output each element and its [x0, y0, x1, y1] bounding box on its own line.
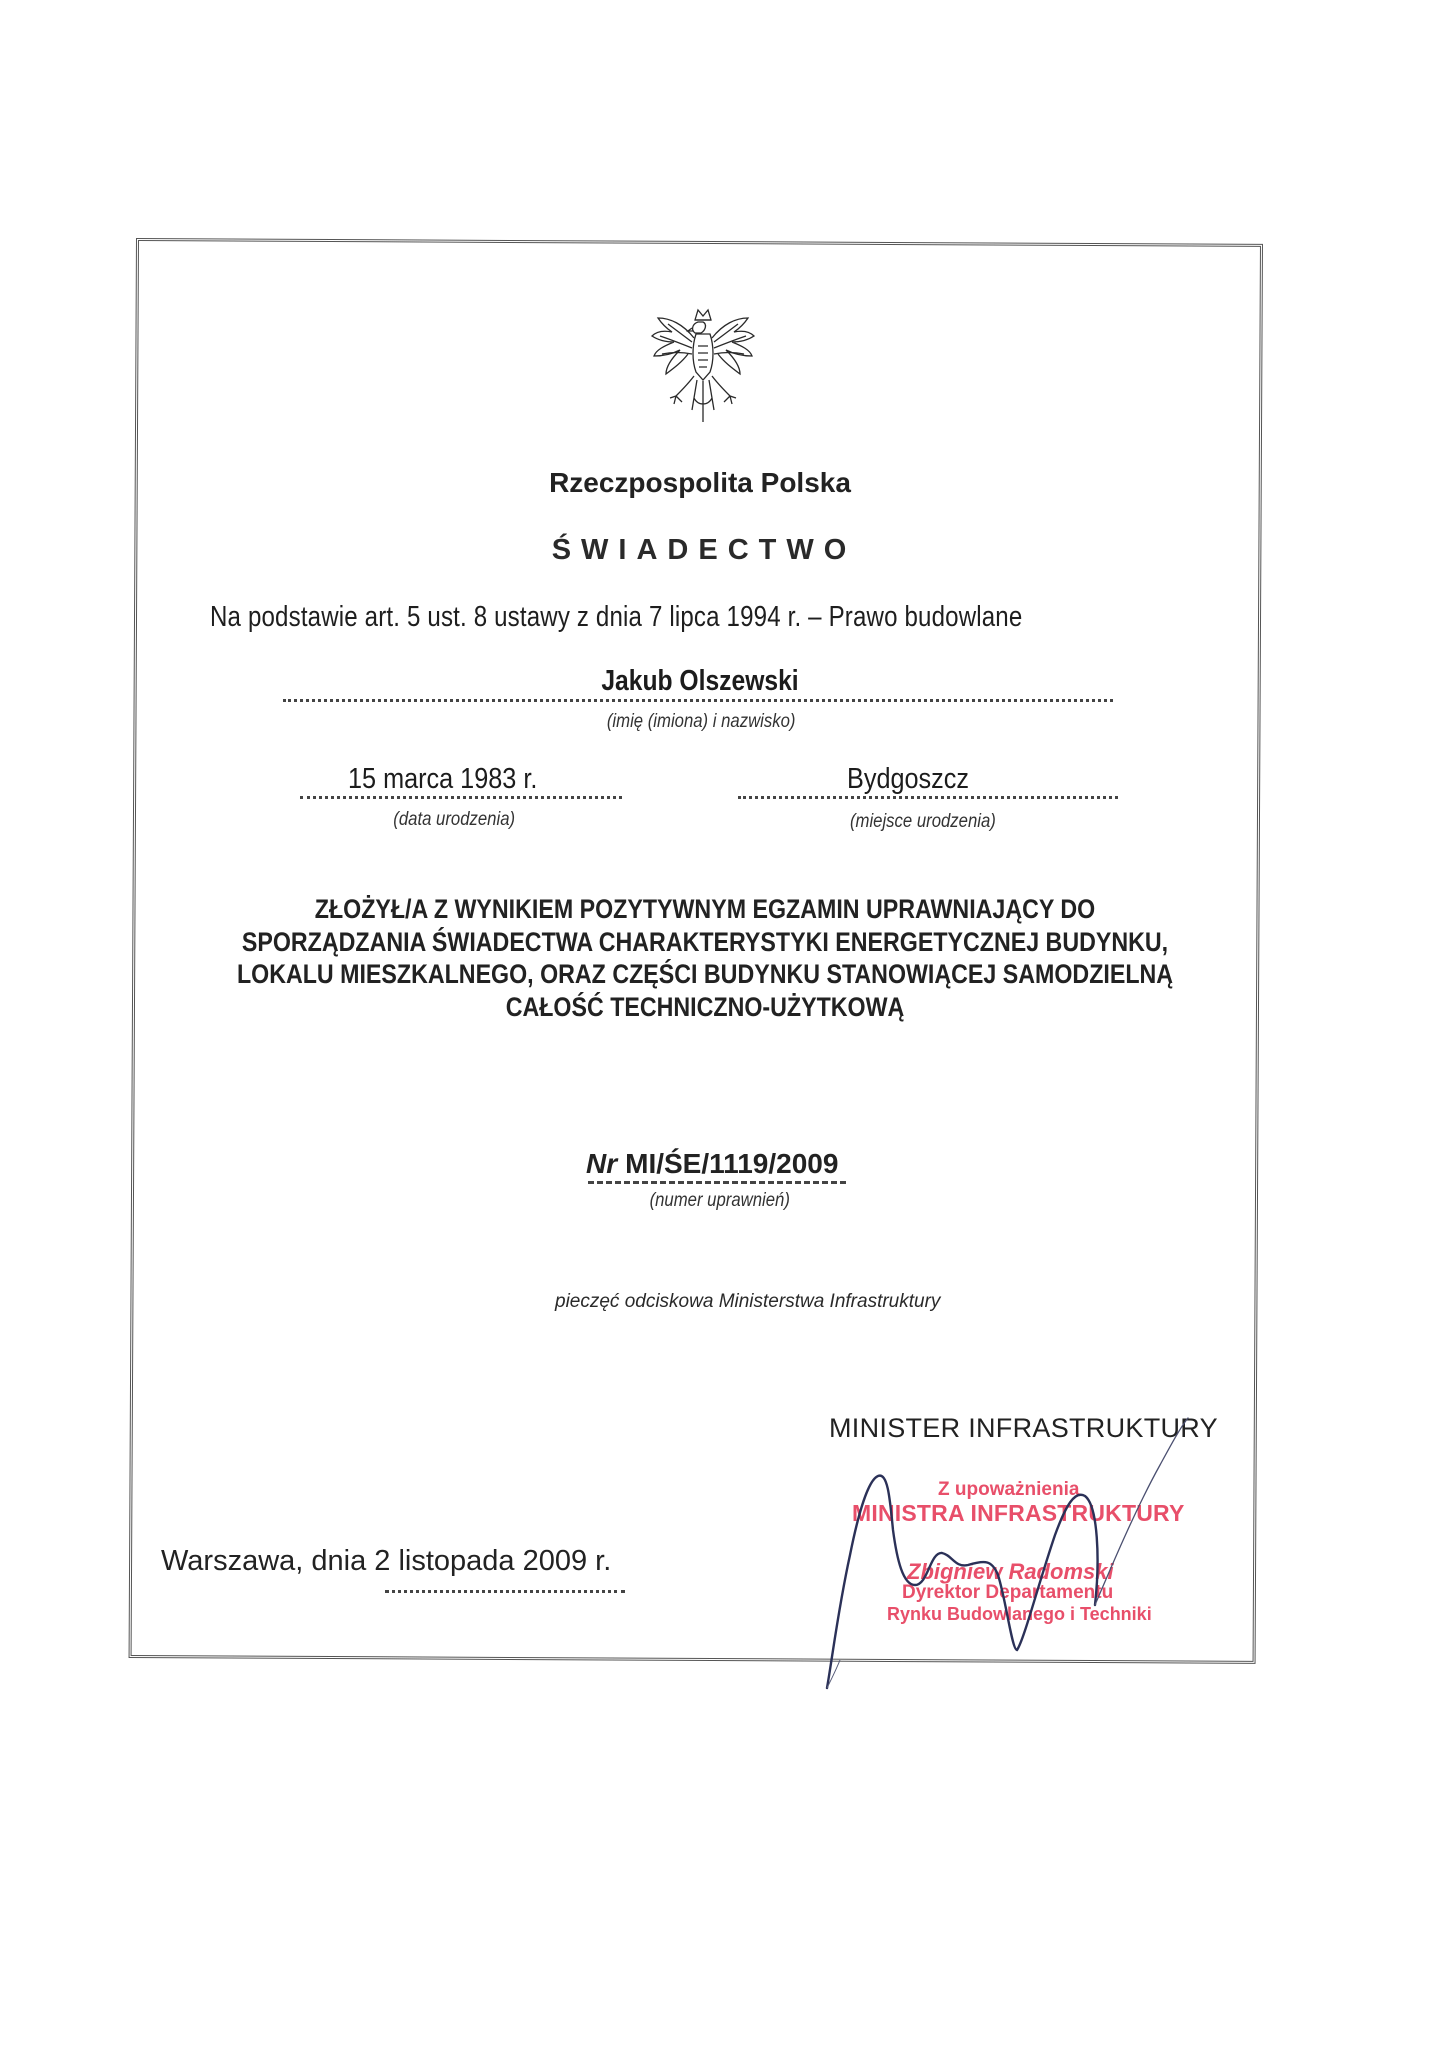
- legal-basis: Na podstawie art. 5 ust. 8 ustawy z dnia…: [210, 601, 1022, 634]
- stamp-line-ministry: MINISTRA INFRASTRUKTURY: [852, 1500, 1185, 1527]
- statement-line: CAŁOŚĆ TECHNICZNO-UŻYTKOWĄ: [219, 991, 1191, 1024]
- stamp-line-position: Dyrektor Departamentu: [902, 1582, 1113, 1604]
- statement-line: ZŁOŻYŁ/A Z WYNIKIEM POZYTYWNYM EGZAMIN U…: [219, 893, 1191, 926]
- birth-place: Bydgoszcz: [847, 763, 969, 796]
- country-name: Rzeczpospolita Polska: [0, 467, 1400, 499]
- stamp-line-authorization: Z upoważnienia: [938, 1479, 1079, 1501]
- name-dotted-line: [283, 699, 1113, 702]
- birth-date-dotted-line: [300, 796, 622, 799]
- number-prefix: Nr: [586, 1148, 617, 1179]
- birth-place-dotted-line: [738, 796, 1118, 799]
- number-value: MI/ŚE/1119/2009: [625, 1148, 838, 1179]
- seal-note: pieczęć odciskowa Ministerstwa Infrastru…: [555, 1291, 940, 1313]
- statement-line: SPORZĄDZANIA ŚWIADECTWA CHARAKTERYSTYKI …: [219, 926, 1191, 959]
- birth-place-caption: (miejsce urodzenia): [850, 811, 996, 833]
- issue-place-date: Warszawa, dnia 2 listopada 2009 r.: [161, 1545, 611, 1578]
- number-caption: (numer uprawnień): [650, 1190, 790, 1212]
- holder-name: Jakub Olszewski: [105, 665, 1295, 698]
- issue-date-dotted-line: [385, 1590, 625, 1593]
- document-title: ŚWIADECTWO: [0, 534, 1400, 567]
- statement-line: LOKALU MIESZKALNEGO, ORAZ CZĘŚCI BUDYNKU…: [219, 958, 1191, 991]
- birth-date: 15 marca 1983 r.: [348, 763, 537, 796]
- exam-statement: ZŁOŻYŁ/A Z WYNIKIEM POZYTYWNYM EGZAMIN U…: [219, 893, 1191, 1023]
- stamp-line-department: Rynku Budowlanego i Techniki: [887, 1604, 1152, 1625]
- signatory-title: MINISTER INFRASTRUKTURY: [829, 1413, 1218, 1444]
- certificate-number: NrMI/ŚE/1119/2009: [586, 1148, 838, 1180]
- name-caption: (imię (imiona) i nazwisko): [607, 711, 796, 733]
- polish-eagle-emblem-icon: [648, 306, 758, 428]
- number-dotted-line: [588, 1181, 846, 1184]
- birth-date-caption: (data urodzenia): [393, 809, 515, 831]
